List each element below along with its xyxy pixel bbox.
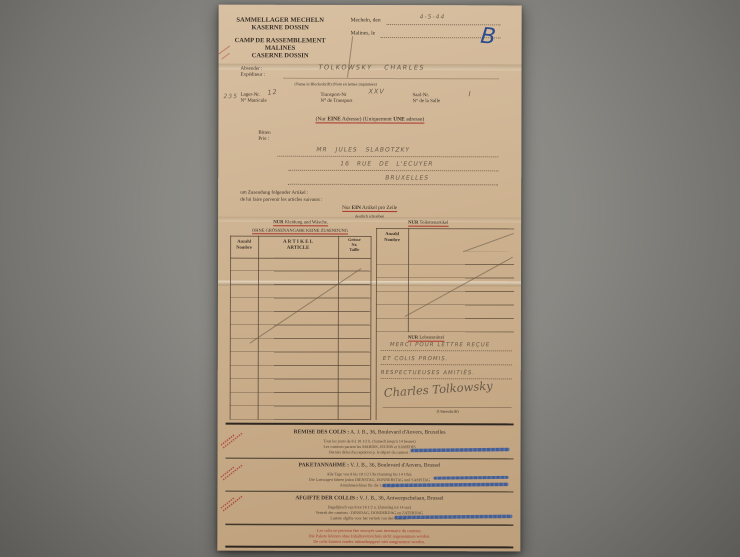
camp-name-de-1: SAMMELLAGER MECHELN: [233, 16, 328, 24]
place-date-label-fr: Malines, le: [351, 30, 375, 36]
camp-name-fr-1: CAMP DE RASSEMBLEMENT: [233, 36, 328, 44]
field-saal-nr: Saal-Nr. N° de la Salle: [412, 92, 440, 104]
toiletries-title: NUR Toilettenartikel: [408, 220, 448, 225]
handwritten-signature: Charles Tolkowsky: [383, 380, 493, 400]
food-line: [381, 364, 512, 365]
recipient-line: [288, 184, 498, 186]
clothing-col-artikel: A R T I K E L ARTICLE: [258, 239, 338, 251]
table-border: [376, 228, 514, 229]
handwritten-recipient-city: BRUXELLES: [385, 174, 429, 181]
margin-number: 235: [223, 93, 237, 100]
notice-text: Adresse) (Uniquement: [341, 116, 393, 122]
pencil-mark: [347, 36, 353, 78]
divider-rule: [225, 546, 513, 549]
sender-label-fr: Expéditeur :: [241, 71, 266, 77]
camp-name-de-2: KASERNE DOSSIN: [233, 23, 328, 31]
delivery-de-address: V. J. B., 36, Boulevard d'Anvers, Brusse…: [350, 462, 440, 468]
red-pencil-mark: [221, 53, 230, 60]
clothing-col-groesse: Grösse Nr. Taille: [338, 237, 371, 252]
sender-label-de: Absender :: [241, 66, 266, 72]
handwritten-lager-nr: 12: [267, 88, 278, 97]
field-transport-nr: Transport-Nr N° de Transport: [320, 92, 352, 104]
request-label: Bitten Prie :: [258, 130, 270, 142]
divider-rule: [226, 458, 514, 460]
notice-bold-eine: EINE: [327, 116, 340, 122]
clothing-title-rest: Kleidung und Wäsche.: [284, 220, 329, 225]
recipient-line: [277, 156, 498, 158]
notice-text: (Nur: [316, 116, 328, 122]
clothing-col-anzahl: Anzahl Nombre: [230, 239, 258, 251]
divider-rule: [226, 423, 514, 426]
handwritten-sorting-mark: B: [479, 23, 497, 50]
delivery-section-fr: REMISE DES COLIS : A. J. B., 36, Bouleva…: [226, 429, 514, 436]
photo-background: SAMMELLAGER MECHELN KASERNE DOSSIN CAMP …: [0, 0, 740, 557]
footer-notice-nl: De colis kunnen zonder inhoudsopgave nie…: [225, 539, 513, 545]
notice-bold-une: UNE: [393, 116, 405, 122]
request-label-fr: Prie :: [258, 135, 270, 141]
delivery-fr-title: REMISE DES COLIS :: [294, 429, 349, 435]
clothing-subtitle: OHNE GRÖSSENANGABE KEINE ZUSENDUNG: [225, 228, 375, 233]
lager-nr-label-fr: N° Matricule: [240, 97, 266, 103]
signature-line: [383, 407, 512, 408]
rule-note: deutlich schreiben: [218, 214, 521, 219]
toiletries-col-anzahl: Anzahl Nombre: [376, 231, 408, 243]
delivery-section-nl: AFGIFTE DER COLLIS : V. J. B., 36, Antwe…: [225, 495, 513, 502]
sender-line: [284, 78, 499, 80]
signature-label: (Unterschrift): [408, 409, 488, 414]
purpose-fr: de lui faire parvenir les articles suiva…: [240, 197, 322, 203]
notice-text: adresse): [405, 116, 424, 122]
handwritten-sender-name: TOLKOWSKY CHARLES: [319, 64, 426, 72]
rule-text: Nur: [342, 205, 351, 211]
camp-name-fr-3: CASERNE DOSSIN: [233, 51, 328, 59]
one-article-rule: Nur EIN Artikel pro Zeile: [218, 205, 521, 211]
toiletries-table-rows: [376, 251, 514, 332]
delivery-de-title: PAKETANNAHME :: [299, 462, 349, 468]
sender-note: (Name in Blockschrift) (Nom en lettres i…: [295, 82, 377, 87]
handwritten-transport-nr: XXV: [368, 88, 384, 96]
camp-header: SAMMELLAGER MECHELN KASERNE DOSSIN CAMP …: [233, 16, 328, 59]
clothing-table-rows: [230, 258, 371, 420]
clothing-title-bold: NUR: [273, 220, 283, 225]
delivery-nl-title: AFGIFTE DER COLLIS :: [295, 495, 358, 501]
transport-nr-label-fr: N° de Transport: [320, 98, 352, 104]
handwritten-message-1: MERCI POUR LETTRE REÇUE: [390, 341, 490, 348]
sender-label: Absender : Expéditeur :: [241, 66, 266, 78]
delivery-fr-address: A. J. B., 36, Boulevard d'Anvers, Bruxel…: [350, 429, 445, 435]
clothing-title: NUR Kleidung und Wäsche.: [230, 220, 371, 225]
food-title: NUR Lebensmittel: [408, 335, 444, 340]
food-line: [381, 350, 512, 351]
field-lager-nr: Lager-Nr. N° Matricule: [240, 92, 266, 104]
divider-rule: [225, 524, 513, 526]
form-paper: SAMMELLAGER MECHELN KASERNE DOSSIN CAMP …: [217, 5, 521, 552]
divider-rule: [225, 491, 513, 493]
handwritten-date: 4-5-44: [420, 13, 446, 20]
delivery-section-de: PAKETANNAHME : V. J. B., 36, Boulevard d…: [226, 462, 514, 469]
handwritten-recipient-name: MR JULES SLABOTZKY: [316, 146, 410, 153]
request-label-de: Bitten: [258, 130, 270, 136]
place-date-label-de: Mecheln, den: [351, 17, 381, 23]
pencil-cross-out: [463, 233, 514, 252]
one-address-notice: (Nur EINE Adresse) (Uniquement UNE adres…: [218, 116, 521, 123]
rule-bold-ein: EIN: [352, 205, 361, 211]
rule-text: Artikel pro Zeile: [361, 205, 397, 211]
recipient-line: [288, 170, 498, 172]
handwritten-saal-nr: I: [468, 90, 471, 98]
delivery-nl-address: V. J. B., 36, Antwerpschelaan, Brussel: [359, 495, 443, 501]
handwritten-message-3: RESPECTUEUSES AMITIÉS.: [381, 369, 475, 376]
saal-nr-label-fr: N° de la Salle: [412, 98, 440, 104]
handwritten-message-2: ET COLIS PROMIS.: [383, 355, 449, 362]
purpose-de: um Zusendung folgender Artikel :: [240, 190, 308, 196]
handwritten-recipient-street: 16 RUE DE L'ECUYER: [340, 160, 433, 167]
